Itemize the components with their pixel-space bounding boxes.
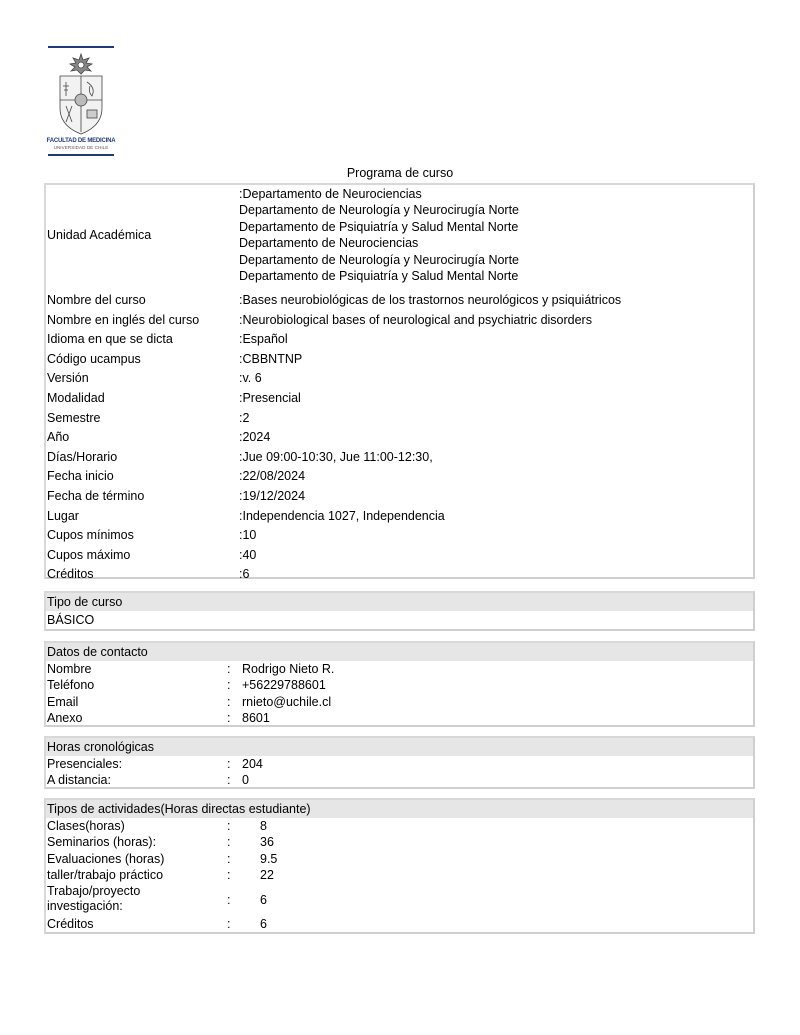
hours-section: Horas cronológicas Presenciales::204A di… — [44, 736, 755, 789]
hours-heading: Horas cronológicas — [46, 738, 753, 756]
info-label: Versión — [47, 369, 89, 389]
actividades-value: 9.5 — [260, 851, 277, 867]
horas-row: Presenciales::204 — [46, 756, 753, 772]
info-label: Cupos máximo — [47, 546, 130, 566]
activities-heading: Tipos de actividades(Horas directas estu… — [46, 800, 753, 818]
separator-colon: : — [227, 867, 230, 883]
info-value: :Bases neurobiológicas de los trastornos… — [239, 291, 621, 311]
tipo-curso-heading: Tipo de curso — [46, 593, 753, 611]
unidad-line: :Departamento de Neurociencias — [239, 186, 519, 202]
info-row: Fecha de término:19/12/2024 — [47, 487, 747, 507]
info-row: Semestre:2 — [47, 409, 747, 429]
info-row: Créditos:6 — [47, 565, 747, 585]
unidad-line: Departamento de Neurología y Neurocirugí… — [239, 252, 519, 268]
info-value: :Independencia 1027, Independencia — [239, 507, 445, 527]
contacto-value: 8601 — [242, 710, 270, 726]
course-info-table: Unidad Académica :Departamento de Neuroc… — [44, 183, 755, 579]
contacto-value: rnieto@uchile.cl — [242, 694, 331, 710]
contacto-row: Teléfono:+56229788601 — [46, 677, 753, 693]
separator-colon: : — [227, 851, 230, 867]
info-label: Fecha de término — [47, 487, 144, 507]
info-row: Nombre del curso:Bases neurobiológicas d… — [47, 291, 747, 311]
separator-colon: : — [227, 710, 230, 726]
contacto-row: Anexo:8601 — [46, 710, 753, 726]
info-label: Código ucampus — [47, 350, 141, 370]
actividades-row: taller/trabajo práctico:22 — [46, 867, 753, 883]
contact-section: Datos de contacto Nombre:Rodrigo Nieto R… — [44, 641, 755, 727]
actividades-value: 36 — [260, 834, 274, 850]
unidad-line: Departamento de Psiquiatría y Salud Ment… — [239, 268, 519, 284]
university-name: UNIVERSIDAD DE CHILE — [46, 145, 116, 150]
horas-label: A distancia: — [47, 772, 111, 788]
info-value: :Español — [239, 330, 288, 350]
info-row: Modalidad:Presencial — [47, 389, 747, 409]
info-row: Idioma en que se dicta:Español — [47, 330, 747, 350]
contacto-row: Email:rnieto@uchile.cl — [46, 694, 753, 710]
info-row: Cupos mínimos:10 — [47, 526, 747, 546]
info-label: Año — [47, 428, 69, 448]
actividades-row: Clases(horas):8 — [46, 818, 753, 834]
actividades-label: Evaluaciones (horas) — [47, 851, 164, 867]
document-title: Programa de curso — [0, 166, 800, 180]
university-crest-icon — [56, 52, 106, 136]
logo-bottom-rule — [48, 154, 114, 156]
actividades-value: 8 — [260, 818, 267, 834]
activities-section: Tipos de actividades(Horas directas estu… — [44, 798, 755, 934]
logo-top-rule — [48, 46, 114, 48]
actividades-row: Evaluaciones (horas):9.5 — [46, 851, 753, 867]
info-row: Lugar:Independencia 1027, Independencia — [47, 507, 747, 527]
separator-colon: : — [227, 677, 230, 693]
contacto-label: Teléfono — [47, 677, 94, 693]
contacto-label: Email — [47, 694, 78, 710]
horas-value: 204 — [242, 756, 263, 772]
actividades-value: 22 — [260, 867, 274, 883]
contacto-label: Nombre — [47, 661, 91, 677]
info-row: Fecha inicio:22/08/2024 — [47, 467, 747, 487]
info-value: :Neurobiological bases of neurological a… — [239, 311, 592, 331]
separator-colon: : — [227, 661, 230, 677]
info-label: Modalidad — [47, 389, 105, 409]
separator-colon: : — [227, 916, 230, 932]
unidad-line: Departamento de Neurociencias — [239, 235, 519, 251]
actividades-label: Seminarios (horas): — [47, 834, 156, 850]
info-label: Idioma en que se dicta — [47, 330, 173, 350]
info-value: :40 — [239, 546, 256, 566]
info-row: Código ucampus:CBBNTNP — [47, 350, 747, 370]
horas-row: A distancia::0 — [46, 772, 753, 788]
info-value: :Presencial — [239, 389, 301, 409]
actividades-label: Créditos — [47, 916, 94, 932]
info-label: Créditos — [47, 565, 94, 585]
separator-colon: : — [227, 818, 230, 834]
info-label: Días/Horario — [47, 448, 117, 468]
unidad-academica-label: Unidad Académica — [47, 228, 151, 242]
faculty-name: FACULTAD DE MEDICINA — [46, 138, 116, 144]
info-value: :2024 — [239, 428, 270, 448]
unidad-line: Departamento de Psiquiatría y Salud Ment… — [239, 219, 519, 235]
tipo-curso-section: Tipo de curso BÁSICO — [44, 591, 755, 631]
info-row: Nombre en inglés del curso:Neurobiologic… — [47, 311, 747, 331]
contact-heading: Datos de contacto — [46, 643, 753, 661]
info-value: :v. 6 — [239, 369, 262, 389]
actividades-value: 6 — [260, 916, 267, 932]
info-row: Días/Horario:Jue 09:00-10:30, Jue 11:00-… — [47, 448, 747, 468]
horas-value: 0 — [242, 772, 249, 788]
info-row: Año:2024 — [47, 428, 747, 448]
info-label: Fecha inicio — [47, 467, 114, 487]
separator-colon: : — [227, 772, 230, 788]
info-value: :22/08/2024 — [239, 467, 305, 487]
info-value: :CBBNTNP — [239, 350, 302, 370]
actividades-label: Trabajo/proyecto investigación: — [47, 884, 197, 914]
info-value: :19/12/2024 — [239, 487, 305, 507]
separator-colon: : — [227, 834, 230, 850]
faculty-logo: FACULTAD DE MEDICINA UNIVERSIDAD DE CHIL… — [46, 46, 116, 158]
info-label: Cupos mínimos — [47, 526, 134, 546]
contacto-value: Rodrigo Nieto R. — [242, 661, 334, 677]
info-value: :6 — [239, 565, 249, 585]
info-value: :10 — [239, 526, 256, 546]
info-value: :2 — [239, 409, 249, 429]
contacto-label: Anexo — [47, 710, 82, 726]
unidad-line: Departamento de Neurología y Neurocirugí… — [239, 202, 519, 218]
info-label: Semestre — [47, 409, 101, 429]
unidad-academica-values: :Departamento de Neurociencias Departame… — [239, 186, 519, 284]
info-row: Versión:v. 6 — [47, 369, 747, 389]
actividades-row: Trabajo/proyecto investigación::6 — [46, 884, 753, 916]
info-row: Cupos máximo:40 — [47, 546, 747, 566]
actividades-label: Clases(horas) — [47, 818, 125, 834]
actividades-row: Créditos:6 — [46, 916, 753, 932]
info-value: :Jue 09:00-10:30, Jue 11:00-12:30, — [239, 448, 433, 468]
info-label: Nombre del curso — [47, 291, 146, 311]
actividades-row: Seminarios (horas)::36 — [46, 834, 753, 850]
tipo-curso-value: BÁSICO — [46, 611, 753, 629]
info-label: Lugar — [47, 507, 79, 527]
actividades-label: taller/trabajo práctico — [47, 867, 163, 883]
separator-colon: : — [227, 892, 230, 908]
separator-colon: : — [227, 694, 230, 710]
horas-label: Presenciales: — [47, 756, 122, 772]
actividades-value: 6 — [260, 892, 267, 908]
contacto-row: Nombre:Rodrigo Nieto R. — [46, 661, 753, 677]
separator-colon: : — [227, 756, 230, 772]
contacto-value: +56229788601 — [242, 677, 326, 693]
info-label: Nombre en inglés del curso — [47, 311, 199, 331]
